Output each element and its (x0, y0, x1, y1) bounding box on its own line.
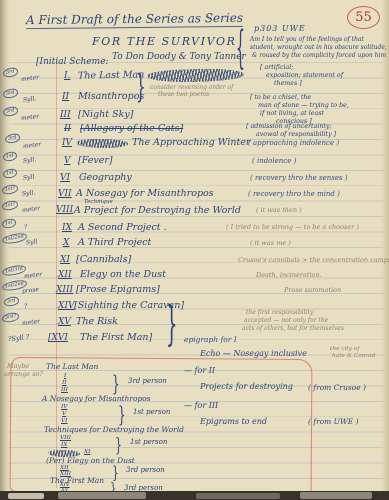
side-note-line: avowal of responsibility ] (246, 131, 336, 139)
row-note: ( approaching indolence ) (248, 139, 339, 147)
row-note: ( recovery thro the senses ) (250, 174, 348, 182)
responsibility-note: acts of others, but for themselves (242, 325, 344, 332)
row-numeral: II (64, 124, 71, 134)
row-title: A Second Project . (78, 222, 167, 233)
row-title: [Cannibals] (76, 254, 131, 265)
row-note: ( indolence ) (252, 157, 296, 165)
row-numeral: XI (60, 255, 70, 265)
group-person: 3rd person (128, 377, 167, 385)
row-numeral: VII (58, 189, 72, 199)
group-numeral: III (61, 388, 68, 394)
row-numeral: XII (58, 270, 72, 280)
row-margin-label: ? (24, 303, 28, 310)
side-note-3: [ admission of uncertainty; avowal of re… (246, 123, 336, 139)
bottom-edge-fragment (58, 492, 146, 499)
row-title: A Nosegay for Misanthropos (76, 188, 214, 199)
bottom-edge-fragment (196, 493, 280, 499)
epigraph-item-2-source: ( from Crusoe ) (308, 383, 366, 392)
side-note-2: [ to be a chisel, the man of stone — try… (250, 94, 349, 125)
group-numeral: IV (61, 405, 67, 411)
row-title: A Third Project (78, 237, 151, 248)
row-title: The Last Man (78, 69, 144, 81)
responsibility-note: accepted — not only for the (244, 317, 328, 324)
side-note-line: themes ] (260, 80, 343, 88)
group-person: 3rd person (126, 466, 165, 474)
quote-line: student, wrought out in his obscure soli… (250, 44, 387, 51)
group-numeral: VI (61, 419, 67, 425)
row-note: ( recovery thro the mind ) (248, 190, 340, 198)
dedication: To Don Doody & Tony Tanner (112, 52, 246, 62)
brace-icon: } (118, 402, 126, 427)
row-title: Elegy on the Dust (80, 269, 166, 280)
quote-line: & roused by the complicity forced upon h… (252, 52, 386, 59)
group-person: 1st person (133, 408, 170, 416)
row-numeral: IX (62, 223, 72, 233)
brace-icon: } (112, 463, 119, 483)
row-numeral: X (63, 238, 69, 248)
group-numeral: I (64, 374, 66, 380)
row-note: Death, incineration. (256, 271, 322, 279)
epigraph-line: epigraph for I (184, 335, 237, 344)
row-note: ( it was me ) (250, 239, 291, 247)
side-note-line: [ admission of uncertainty; (246, 123, 336, 131)
side-note-1: [ artificial; exposition; statement of t… (260, 64, 343, 88)
row-numeral: XIII (56, 285, 73, 295)
group-struck-numeral: XI (84, 450, 90, 456)
row-numeral: [XVI (48, 333, 68, 343)
city-note: the city of (330, 346, 360, 352)
row-numeral: III (60, 110, 71, 120)
scheme-heading: [Initial Scheme: (36, 57, 109, 67)
group-person: 1st person (130, 438, 167, 446)
reversal-note: consider reversing order of (150, 84, 233, 91)
bottom-edge-fragment (300, 492, 372, 499)
row-numeral: XIV (58, 301, 74, 311)
row-note: Crusoe's cannibals > the concentration c… (238, 256, 389, 264)
row-title: The Approaching Winter (132, 137, 250, 148)
row-title: [Night Sky] (78, 109, 133, 120)
row-numeral: I. (64, 71, 70, 81)
survivor-heading: FOR THE SURVIVOR (92, 35, 237, 48)
side-note-line: man of stone — trying to be, (250, 102, 349, 110)
group-numeral: IX (61, 443, 67, 449)
row-title: [Fever] (78, 155, 113, 166)
row-margin-label: ? (24, 224, 28, 231)
reversal-note: these two poems (158, 91, 209, 98)
side-note-line: exposition; statement of (260, 72, 343, 80)
row-title: The First Man] (80, 332, 152, 343)
right-page-edge (381, 0, 389, 500)
row-title: A Project for Destroying the World (74, 205, 241, 216)
row-note: ( I tried to be strong — to be a chooser… (226, 223, 359, 231)
group-numeral: VIII (60, 436, 71, 442)
side-note-line: if not living, at least (250, 110, 349, 118)
row-numeral: VIII (56, 205, 73, 215)
group-title: The First Man (50, 476, 104, 485)
row-title: Misanthropos (78, 91, 144, 102)
brace-icon: } (166, 298, 177, 353)
arrangement-margin-note: arrange so? (4, 370, 43, 378)
page-number: 55 (347, 6, 380, 29)
series-title: A First Draft of the Series as Series (26, 11, 243, 29)
group-title: The Last Man (46, 362, 98, 371)
arrangement-margin-note: Maybe (7, 362, 29, 370)
group-title: Techniques for Destroying the World (44, 425, 184, 434)
row-numeral: XV (58, 317, 71, 327)
quote-source-ref: p303 UWE (254, 24, 306, 33)
side-note-line: [ to be a chisel, the (250, 94, 349, 102)
row-note: ( it was then ) (256, 206, 302, 214)
group-title: (Per) Elegy on the Dust (46, 456, 135, 465)
brace-icon: } (115, 434, 122, 456)
row-numeral: VI (60, 173, 70, 183)
row-numeral: II (62, 92, 69, 102)
row-title-struck: [Allegory of the Cats] (80, 123, 183, 134)
bottom-edge-fragment (8, 493, 44, 499)
row-title: The Risk (76, 316, 118, 327)
group-title: A Nosegay for Misanthropos (42, 394, 151, 403)
row-margin-label: Syll (26, 238, 38, 246)
group-numeral: II (62, 381, 67, 387)
row-note: Prose summation (284, 286, 341, 294)
responsibility-note: the first responsibility (246, 309, 313, 316)
city-note: hate & Conrad (332, 353, 375, 359)
row-title: Geography (79, 172, 132, 183)
quote-line: Am I to tell you of the feelings of that (250, 36, 364, 43)
row-numeral: IV (62, 138, 72, 148)
epigraph-item-3-source: ( from UWE ) (308, 417, 359, 426)
side-note-line: [ artificial; (260, 64, 343, 72)
row-title: [Prose Epigrams] (76, 284, 160, 295)
epigraph-item-1: Echo — Nosegay inclusive (200, 349, 307, 358)
manuscript-page: 55 A First Draft of the Series as Series… (0, 0, 389, 500)
group-numeral: V (62, 412, 66, 418)
brace-icon: } (112, 371, 120, 396)
brace-icon: { (236, 24, 245, 75)
row-numeral: V (64, 156, 71, 166)
